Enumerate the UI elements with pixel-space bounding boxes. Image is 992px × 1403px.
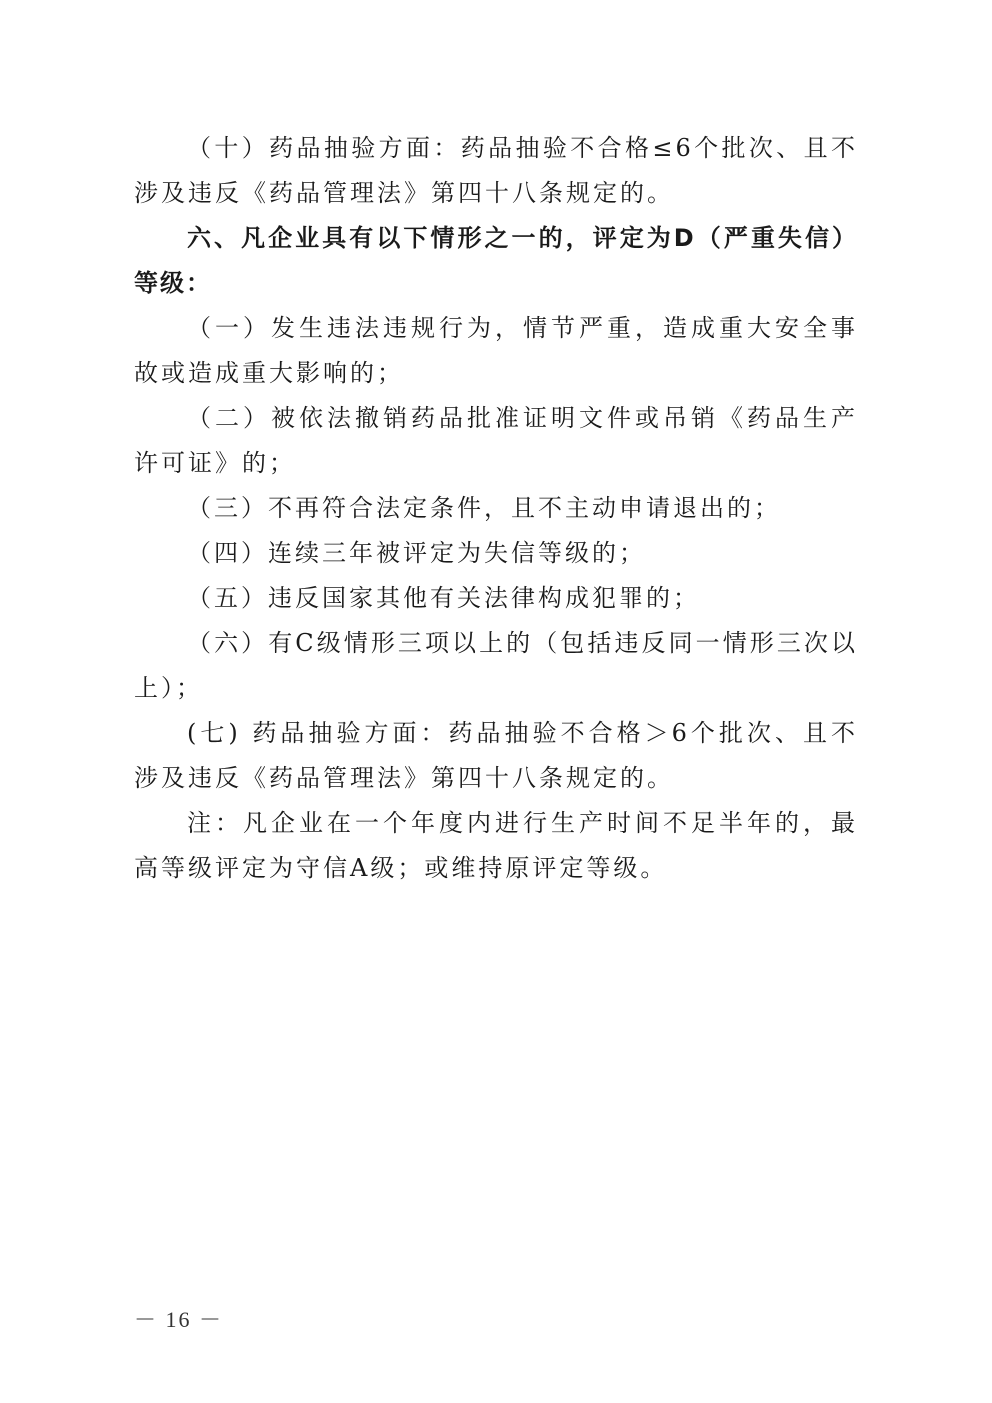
document-body: （十）药品抽验方面：药品抽验不合格≤6个批次、且不涉及违反《药品管理法》第四十八…: [134, 126, 858, 891]
paragraph-item-6: （六）有C级情形三项以上的（包括违反同一情形三次以上）；: [134, 621, 858, 711]
section-heading-d-grade: 六、凡企业具有以下情形之一的，评定为D（严重失信）等级：: [134, 216, 858, 306]
paragraph-item-10-sampling: （十）药品抽验方面：药品抽验不合格≤6个批次、且不涉及违反《药品管理法》第四十八…: [134, 126, 858, 216]
paragraph-item-3: （三）不再符合法定条件，且不主动申请退出的；: [134, 486, 858, 531]
paragraph-item-5: （五）违反国家其他有关法律构成犯罪的；: [134, 576, 858, 621]
paragraph-item-2: （二）被依法撤销药品批准证明文件或吊销《药品生产许可证》的；: [134, 396, 858, 486]
paragraph-item-7: (七) 药品抽验方面：药品抽验不合格＞6个批次、且不涉及违反《药品管理法》第四十…: [134, 711, 858, 801]
paragraph-item-4: （四）连续三年被评定为失信等级的；: [134, 531, 858, 576]
paragraph-item-1: （一）发生违法违规行为，情节严重，造成重大安全事故或造成重大影响的；: [134, 306, 858, 396]
paragraph-note: 注：凡企业在一个年度内进行生产时间不足半年的，最高等级评定为守信A级；或维持原评…: [134, 801, 858, 891]
page-number: － 16 －: [134, 1303, 223, 1334]
